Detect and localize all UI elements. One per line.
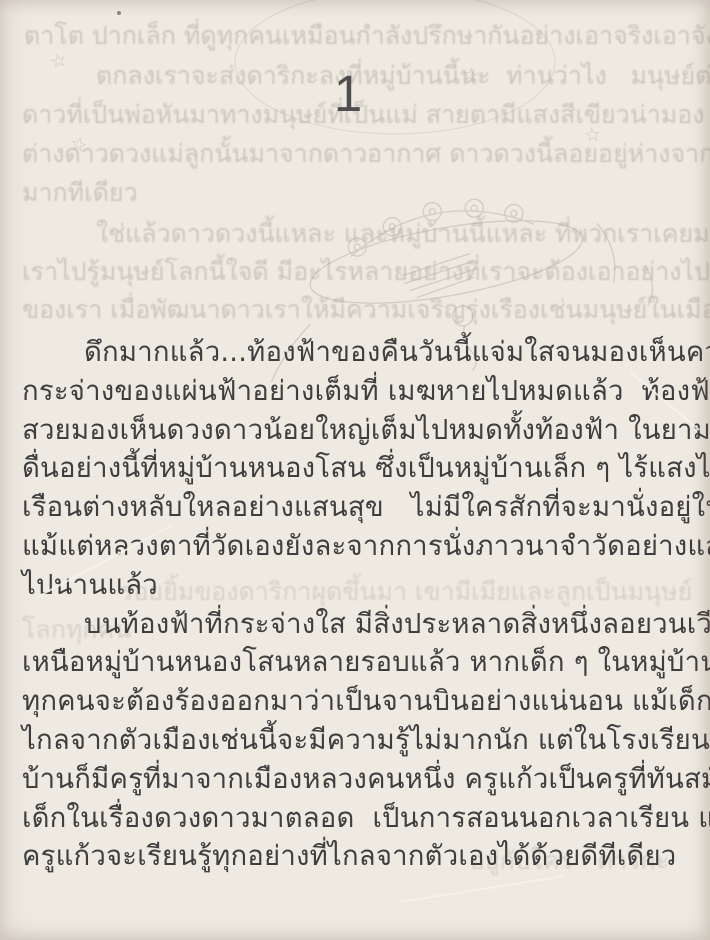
book-page: ตาโต ปากเล็ก ที่ดูทุกคนเหมือนกำลังปรึกษา…	[0, 0, 710, 940]
ghost-line: มากทีเดียว	[22, 177, 138, 209]
text-line: สวยมองเห็นดวงดาวน้อยใหญ่เต็มไปหมดทั้งท้อ…	[22, 411, 694, 450]
text-line: ดึกมากแล้ว...ท้องฟ้าของคืนวันนี้แจ่มใสจน…	[22, 333, 694, 372]
text-line: เด็กในเรื่องดวงดาวมาตลอด เป็นการสอนนอกเว…	[22, 799, 694, 838]
paragraph: ดึกมากแล้ว...ท้องฟ้าของคืนวันนี้แจ่มใสจน…	[22, 333, 694, 605]
ink-speck	[117, 11, 121, 15]
ghost-line: ต่างดาวดวงแม่ลูกนั้นมาจากดาวอากาศ ดาวดวง…	[22, 138, 710, 170]
text-line: ทุกคนจะต้องร้องออกมาว่าเป็นจานบินอย่างแน…	[22, 682, 694, 721]
text-line: บ้านก็มีครูที่มาจากเมืองหลวงคนหนึ่ง ครูแ…	[22, 760, 694, 799]
paragraph: บนท้องฟ้าที่กระจ่างใส มีสิ่งประหลาดสิ่งห…	[22, 605, 694, 877]
star-doodle-icon: ☆	[583, 123, 602, 147]
ghost-line: ใช่แล้วดาวดวงนี้แหละ และหมู่บ้านนี้แหละ …	[96, 218, 710, 250]
paper-scratch	[401, 875, 564, 902]
star-doodle-icon: ☆	[68, 132, 90, 157]
text-line: ครูแก้วจะเรียนรู้ทุกอย่างที่ไกลจากตัวเอง…	[22, 837, 694, 876]
text-line: บนท้องฟ้าที่กระจ่างใส มีสิ่งประหลาดสิ่งห…	[22, 605, 694, 644]
ghost-line: ของเรา เมื่อพัฒนาดาวเราให้มีความเจริญรุ่…	[22, 294, 710, 326]
chapter-number: 1	[0, 68, 696, 119]
text-line: ดื่นอย่างนี้ที่หมู่บ้านหนองโสน ซึ่งเป็นห…	[22, 449, 694, 488]
text-line: ไปนานแล้ว	[22, 566, 694, 605]
text-line: ไกลจากตัวเมืองเช่นนี้จะมีความรู้ไม่มากนั…	[22, 721, 694, 760]
ghost-line: เราไปรู้มนุษย์โลกนี้ใจดี มีอะไรหลายอย่าง…	[22, 256, 710, 288]
body-text: ดึกมากแล้ว...ท้องฟ้าของคืนวันนี้แจ่มใสจน…	[22, 333, 694, 876]
ghost-line: ตาโต ปากเล็ก ที่ดูทุกคนเหมือนกำลังปรึกษา…	[24, 20, 710, 52]
text-line: กระจ่างของแผ่นฟ้าอย่างเต็มที่ เมฆหายไปหม…	[22, 372, 694, 411]
text-line: แม้แต่หลวงตาที่วัดเองยังละจากการนั่งภาวน…	[22, 527, 694, 566]
text-line: เหนือหมู่บ้านหนองโสนหลายรอบแล้ว หากเด็ก …	[22, 643, 694, 682]
text-line: เรือนต่างหลับใหลอย่างแสนสุข ไม่มีใครสักท…	[22, 488, 694, 527]
